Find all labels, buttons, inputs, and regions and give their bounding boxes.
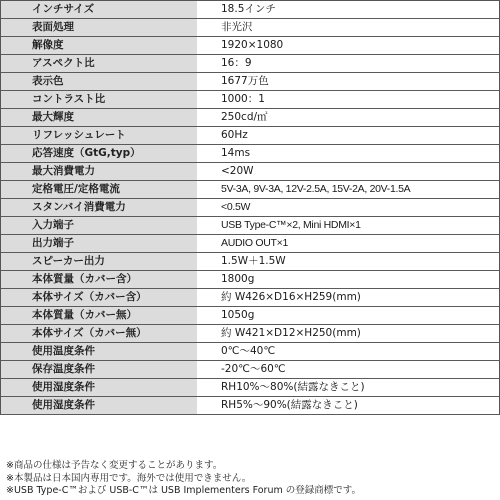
spec-label: 出力端子 (1, 235, 197, 252)
spec-value: 60Hz (197, 127, 499, 144)
spec-value: 16：9 (197, 55, 499, 72)
spec-row-inch-size: インチサイズ 18.5インチ (1, 1, 499, 19)
spec-row-weight-without-cover: 本体質量（カバー無） 1050g (1, 307, 499, 325)
spec-value: 1000：1 (197, 91, 499, 108)
spec-value: -20℃～60℃ (197, 361, 499, 378)
spec-value: 約 W421×D12×H250(mm) (197, 325, 499, 342)
spec-value: 非光沢 (197, 19, 499, 36)
spec-row-size-without-cover: 本体サイズ（カバー無） 約 W421×D12×H250(mm) (1, 325, 499, 343)
spec-row-colors: 表示色 1677万色 (1, 73, 499, 91)
footnote-domestic-use: ※本製品は日本国内専用です。海外では使用できません。 (6, 473, 361, 486)
spec-label: インチサイズ (1, 1, 197, 18)
spec-row-brightness: 最大輝度 250cd/㎡ (1, 109, 499, 127)
spec-row-output-ports: 出力端子 AUDIO OUT×1 (1, 235, 499, 253)
spec-label: 定格電圧/定格電流 (1, 181, 197, 198)
spec-row-operating-temperature: 使用温度条件 0℃～40℃ (1, 343, 499, 361)
spec-value: <20W (197, 163, 499, 180)
spec-label: 本体質量（カバー無） (1, 307, 197, 324)
spec-row-refresh-rate: リフレッシュレート 60Hz (1, 127, 499, 145)
spec-row-rated-voltage: 定格電圧/定格電流 5V-3A, 9V-3A, 12V-2.5A, 15V-2A… (1, 181, 499, 199)
spec-label: 入力端子 (1, 217, 197, 234)
spec-label: 応答速度（GtG,typ） (1, 145, 197, 162)
spec-label: 使用温度条件 (1, 343, 197, 360)
spec-table: インチサイズ 18.5インチ 表面処理 非光沢 解像度 1920×1080 アス… (0, 0, 500, 415)
spec-label: 保存温度条件 (1, 361, 197, 378)
footnote-spec-change: ※商品の仕様は予告なく変更することがあります。 (6, 460, 361, 473)
spec-value: RH5%～90%(結露なきこと) (197, 397, 499, 414)
spec-row-operating-humidity: 使用湿度条件 RH10%～80%(結露なきこと) (1, 379, 499, 397)
spec-value: 1920×1080 (197, 37, 499, 54)
spec-row-aspect-ratio: アスペクト比 16：9 (1, 55, 499, 73)
footnotes: ※商品の仕様は予告なく変更することがあります。 ※本製品は日本国内専用です。海外… (6, 460, 361, 498)
spec-row-resolution: 解像度 1920×1080 (1, 37, 499, 55)
spec-value: 250cd/㎡ (197, 109, 499, 126)
spec-label: コントラスト比 (1, 91, 197, 108)
spec-value: 約 W426×D16×H259(mm) (197, 289, 499, 306)
spec-value: 1.5W＋1.5W (197, 253, 499, 270)
spec-value: <0.5W (197, 199, 499, 216)
spec-row-input-ports: 入力端子 USB Type-C™×2, Mini HDMI×1 (1, 217, 499, 235)
spec-value: 5V-3A, 9V-3A, 12V-2.5A, 15V-2A, 20V-1.5A (197, 181, 499, 198)
spec-label: 最大輝度 (1, 109, 197, 126)
spec-row-weight-with-cover: 本体質量（カバー含） 1800g (1, 271, 499, 289)
spec-value: 14ms (197, 145, 499, 162)
spec-value: AUDIO OUT×1 (197, 235, 499, 252)
spec-row-response-time: 応答速度（GtG,typ） 14ms (1, 145, 499, 163)
spec-label: 使用湿度条件 (1, 397, 197, 414)
spec-label: 本体サイズ（カバー含） (1, 289, 197, 306)
spec-row-surface: 表面処理 非光沢 (1, 19, 499, 37)
spec-label: アスペクト比 (1, 55, 197, 72)
spec-value: USB Type-C™×2, Mini HDMI×1 (197, 217, 499, 234)
spec-label: 表示色 (1, 73, 197, 90)
spec-row-standby-power: スタンバイ消費電力 <0.5W (1, 199, 499, 217)
spec-label: リフレッシュレート (1, 127, 197, 144)
spec-label: 使用湿度条件 (1, 379, 197, 396)
spec-value: 1800g (197, 271, 499, 288)
spec-label: 最大消費電力 (1, 163, 197, 180)
spec-row-size-with-cover: 本体サイズ（カバー含） 約 W426×D16×H259(mm) (1, 289, 499, 307)
spec-row-contrast: コントラスト比 1000：1 (1, 91, 499, 109)
spec-label: 本体質量（カバー含） (1, 271, 197, 288)
spec-label: 表面処理 (1, 19, 197, 36)
spec-value: 1677万色 (197, 73, 499, 90)
spec-value: 0℃～40℃ (197, 343, 499, 360)
spec-label: スタンバイ消費電力 (1, 199, 197, 216)
spec-value: RH10%～80%(結露なきこと) (197, 379, 499, 396)
spec-row-storage-humidity: 使用湿度条件 RH5%～90%(結露なきこと) (1, 397, 499, 415)
spec-label: 本体サイズ（カバー無） (1, 325, 197, 342)
spec-value: 1050g (197, 307, 499, 324)
spec-value: 18.5インチ (197, 1, 499, 18)
footnote-trademark: ※USB Type-C™および USB-C™は USB Implementers… (6, 485, 361, 498)
spec-row-speaker-output: スピーカー出力 1.5W＋1.5W (1, 253, 499, 271)
spec-row-storage-temperature: 保存温度条件 -20℃～60℃ (1, 361, 499, 379)
spec-row-max-power: 最大消費電力 <20W (1, 163, 499, 181)
spec-label: 解像度 (1, 37, 197, 54)
spec-label: スピーカー出力 (1, 253, 197, 270)
